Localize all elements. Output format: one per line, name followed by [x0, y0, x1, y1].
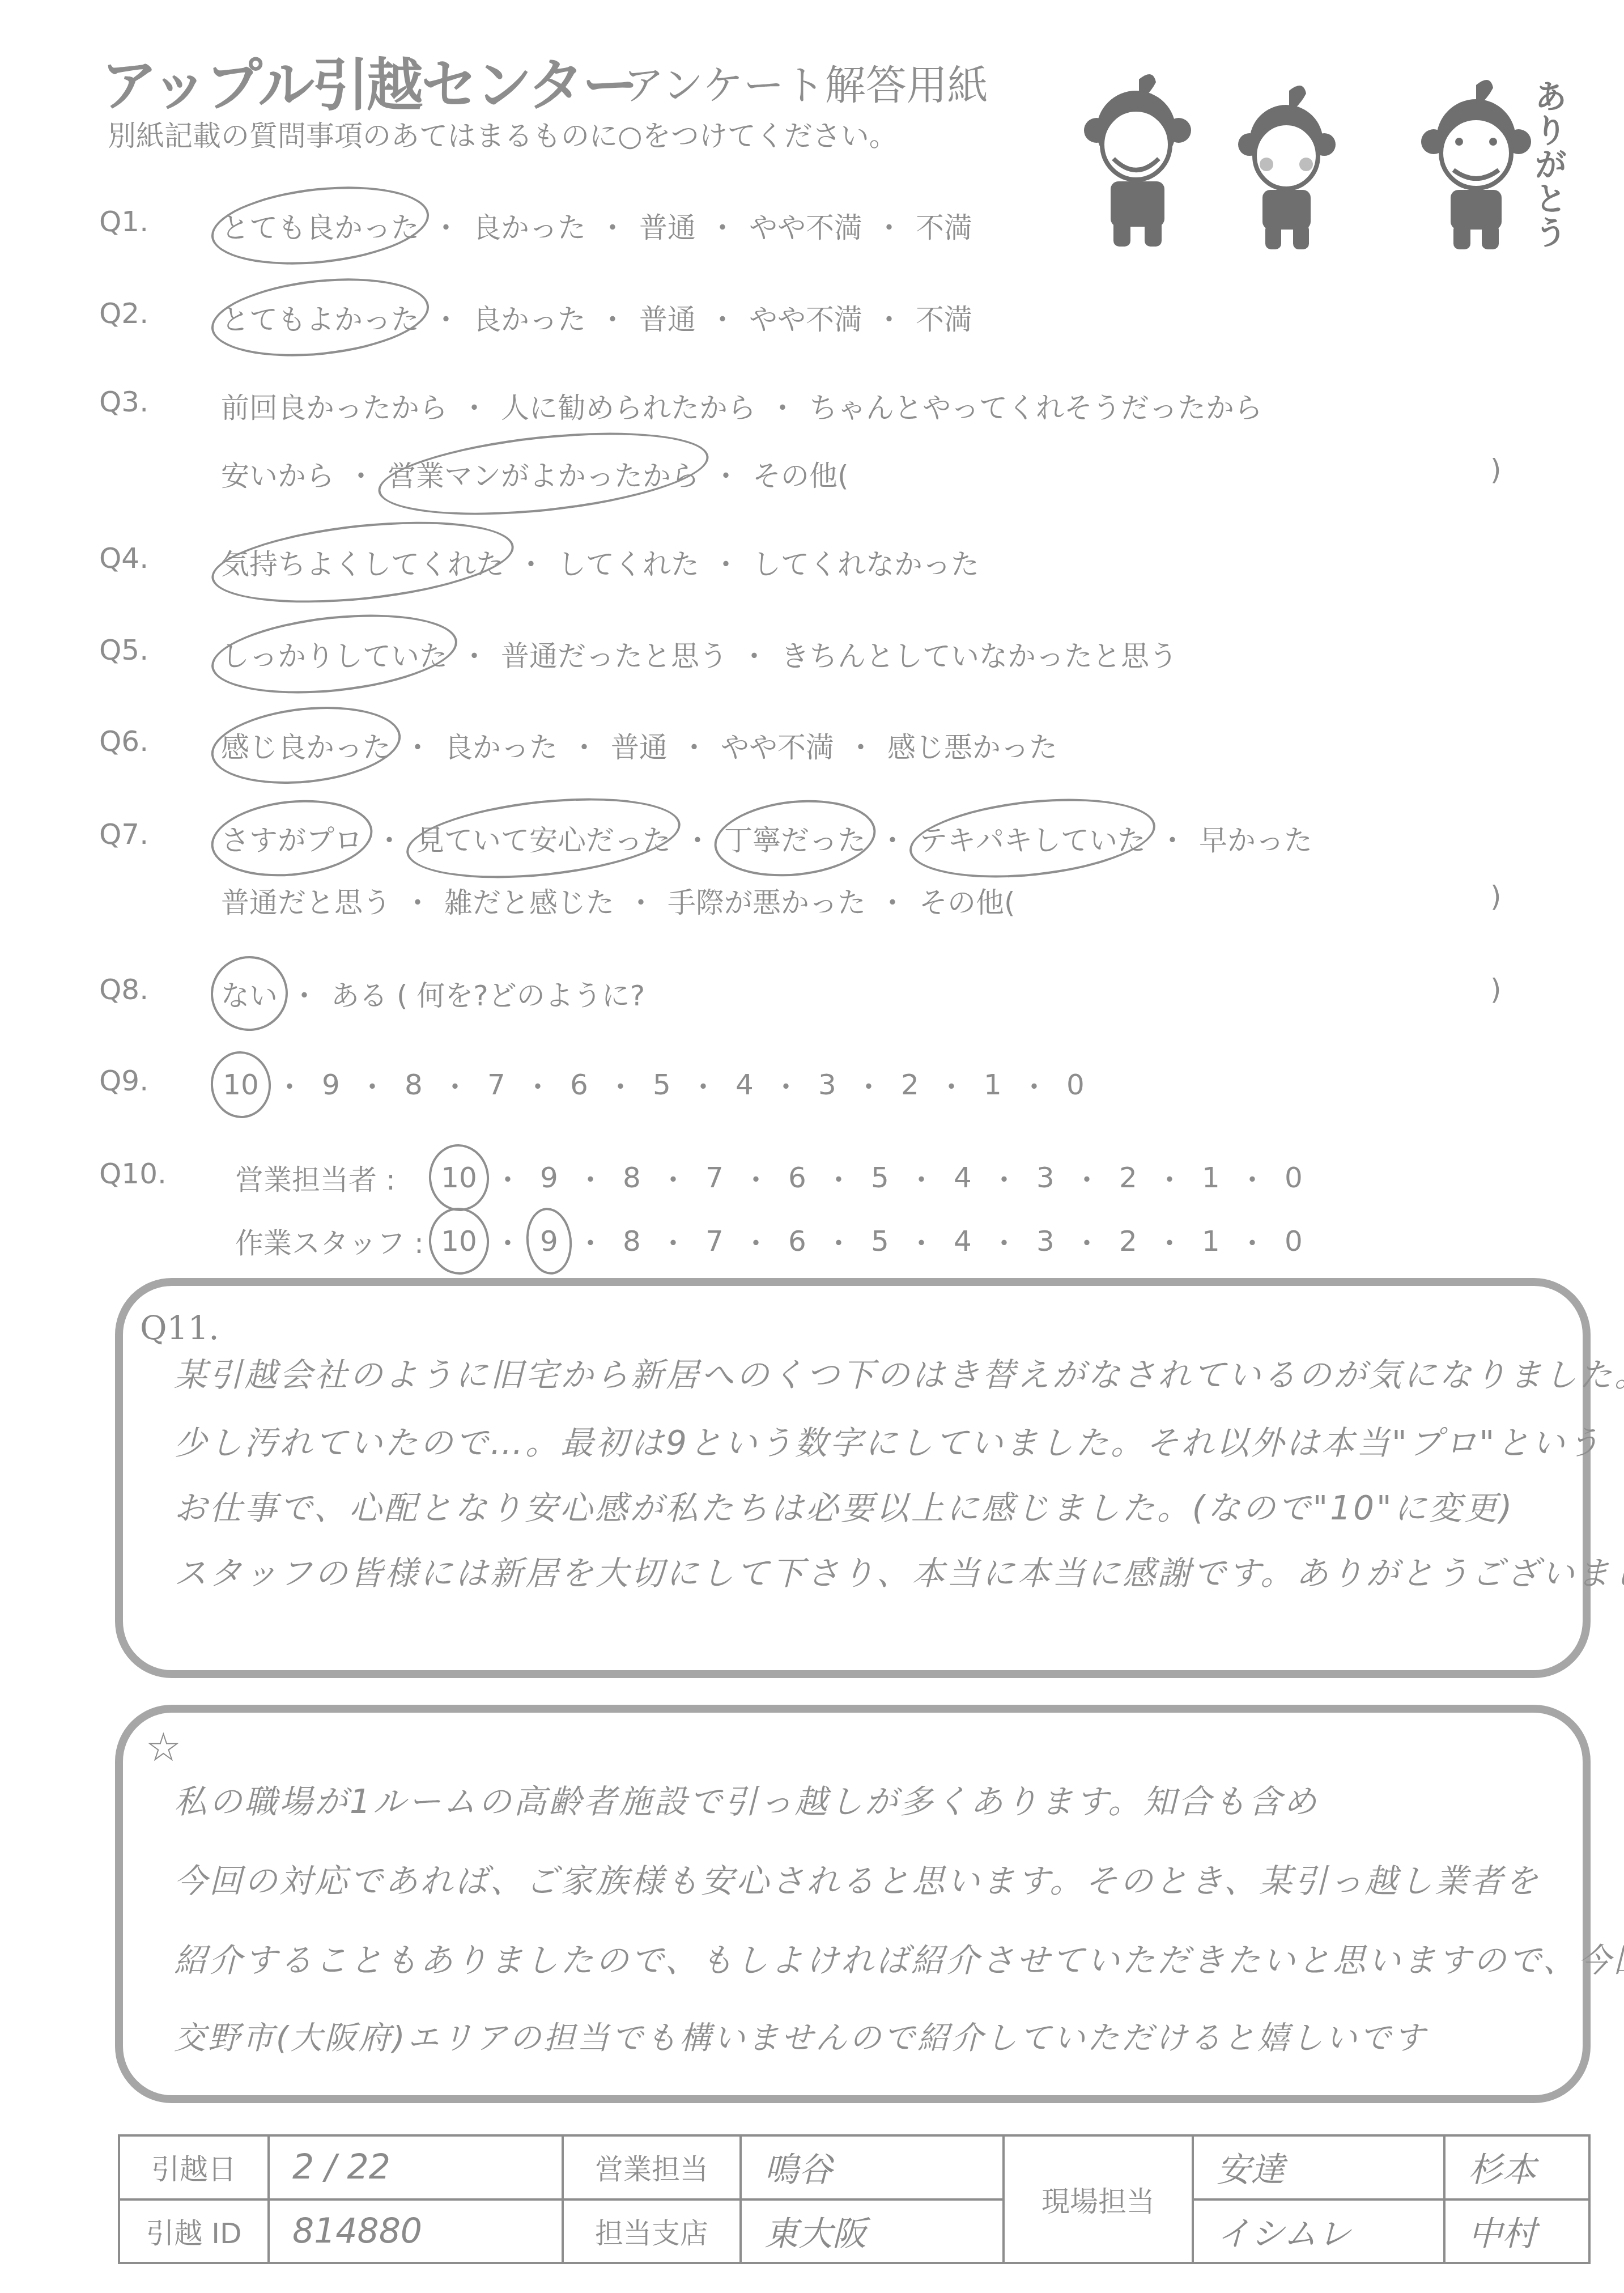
rating-option[interactable]: 8	[619, 1225, 644, 1258]
separator-dot: ・	[990, 1221, 1018, 1262]
rating-option[interactable]: 7	[702, 1225, 727, 1258]
answer-option[interactable]: 手際が悪かった	[668, 880, 866, 921]
separator-dot: ・	[824, 1221, 853, 1262]
answer-option[interactable]: 早かった	[1199, 818, 1312, 859]
separator-dot: ・	[712, 453, 740, 494]
rating-option[interactable]: 7	[702, 1161, 727, 1194]
separator-dot: ・	[1073, 1157, 1101, 1198]
answer-option[interactable]: 見ていて安心だった	[416, 818, 671, 859]
separator-dot: ・	[347, 453, 375, 494]
rating-option[interactable]: 9	[537, 1161, 562, 1194]
answer-option[interactable]: テキパキしていた	[919, 818, 1146, 859]
move-id-label: 引越 ID	[119, 2199, 269, 2264]
rating-option[interactable]: 7	[484, 1068, 509, 1101]
answer-option[interactable]: 普通だと思う	[221, 880, 391, 921]
separator-dot: ・	[659, 1221, 687, 1262]
site-staff-4: 中村	[1444, 2199, 1589, 2264]
rating-option[interactable]: 9	[537, 1225, 562, 1258]
scale-label: 営業担当者 :	[235, 1157, 428, 1198]
q11-line: 某引越会社のように旧宅から新居へのくつ下のはき替えがなされているのが気になりまし…	[174, 1348, 1624, 1396]
separator-dot: ・	[403, 725, 432, 766]
q4-label: Q4.	[99, 542, 148, 575]
separator-dot: ・	[875, 205, 903, 246]
rating-option[interactable]: 3	[1033, 1225, 1058, 1258]
star-icon: ☆	[146, 1724, 181, 1770]
separator-dot: ・	[1155, 1157, 1184, 1198]
separator-dot: ・	[768, 385, 797, 426]
q7-label: Q7.	[99, 818, 148, 851]
comment-line: 紹介することもありましたので、もしよければ紹介させていただきたいと思いますので、…	[174, 1934, 1624, 1981]
separator-dot: ・	[627, 880, 655, 921]
move-info-table: 引越日 2 / 22 営業担当 鳴谷 現場担当 安達 杉本 引越 ID 8148…	[118, 2134, 1591, 2264]
company-name: アップル引越センター	[101, 40, 636, 121]
answer-option[interactable]: 丁寧だった	[724, 818, 866, 859]
answer-option[interactable]: してくれなかった	[753, 542, 979, 583]
rating-option[interactable]: 5	[649, 1068, 674, 1101]
answer-option[interactable]: ある ( 何を?どのように?	[331, 973, 645, 1014]
separator-dot: ・	[1238, 1221, 1266, 1262]
rating-option[interactable]: 3	[815, 1068, 840, 1101]
comment-line: 私の職場が1ルームの高齢者施設で引っ越しが多くあります。知合も含め	[174, 1775, 1319, 1823]
answer-option[interactable]: 普通だったと思う	[501, 634, 728, 674]
separator-dot: ・	[937, 1064, 966, 1105]
rating-option[interactable]: 1	[980, 1068, 1005, 1101]
answer-option[interactable]: してくれた	[558, 542, 699, 583]
q10-label: Q10.	[99, 1157, 167, 1190]
separator-dot: ・	[990, 1157, 1018, 1198]
answer-option[interactable]: ない	[221, 973, 278, 1014]
separator-dot: ・	[375, 818, 403, 859]
answer-option[interactable]: 普通	[639, 205, 696, 246]
answer-option[interactable]: やや不満	[749, 205, 862, 246]
q1-label: Q1.	[99, 205, 148, 238]
mascot-caption: ありがとう	[1524, 79, 1572, 249]
answer-option[interactable]: 雑だと感じた	[444, 880, 614, 921]
separator-dot: ・	[494, 1157, 522, 1198]
rating-option[interactable]: 4	[950, 1225, 975, 1258]
question-row: 感じ良かった・良かった・普通・やや不満・感じ悪かった	[221, 725, 1057, 766]
move-id-value: 814880	[269, 2199, 563, 2264]
separator-dot: ・	[854, 1064, 883, 1105]
separator-dot: ・	[740, 634, 768, 674]
sales-value: 鳴谷	[741, 2135, 1004, 2199]
question-row: 前回良かったから・人に勧められたから・ちゃんとやってくれそうだったから	[221, 385, 1262, 426]
branch-label: 担当支店	[563, 2199, 741, 2264]
rating-option[interactable]: 4	[732, 1068, 757, 1101]
answer-option[interactable]: 良かった	[473, 297, 586, 338]
separator-dot: ・	[275, 1064, 304, 1105]
answer-option[interactable]: 気持ちよくしてくれた	[221, 542, 504, 583]
comment-line: 交野市(大阪府)エリアの担当でも構いませんので紹介していただけると嬉しいです	[174, 2013, 1427, 2058]
question-row: しっかりしていた・普通だったと思う・きちんとしていなかったと思う	[221, 634, 1177, 674]
q11-line: スタッフの皆様には新居を大切にして下さり、本当に本当に感謝です。ありがとうござい…	[174, 1547, 1624, 1594]
separator-dot: ・	[907, 1157, 936, 1198]
separator-dot: ・	[1020, 1064, 1048, 1105]
monkey-mascots-icon	[1048, 62, 1558, 249]
additional-comment-box: ☆ 私の職場が1ルームの高齢者施設で引っ越しが多くあります。知合も含め 今回の対…	[115, 1705, 1591, 2103]
rating-option[interactable]: 10	[439, 1161, 479, 1194]
separator-dot: ・	[290, 973, 318, 1014]
separator-dot: ・	[742, 1221, 770, 1262]
question-row: 普通だと思う・雑だと感じた・手際が悪かった・その他(	[221, 880, 1015, 921]
separator-dot: ・	[441, 1064, 469, 1105]
answer-option[interactable]: 普通	[639, 297, 696, 338]
q8-label: Q8.	[99, 973, 148, 1006]
rating-option[interactable]: 5	[868, 1225, 892, 1258]
answer-option[interactable]: 良かった	[473, 205, 586, 246]
rating-option[interactable]: 2	[1116, 1225, 1141, 1258]
answer-option[interactable]: やや不満	[721, 725, 834, 766]
separator-dot: ・	[708, 297, 737, 338]
question-row: 安いから・営業マンがよかったから・その他(	[221, 453, 849, 494]
separator-dot: ・	[606, 1064, 635, 1105]
answer-option[interactable]: ちゃんとやってくれそうだったから	[809, 385, 1262, 426]
rating-option[interactable]: 10	[221, 1068, 261, 1101]
separator-dot: ・	[1238, 1157, 1266, 1198]
question-row: 営業担当者 :10・9・8・7・6・5・4・3・2・1・0	[235, 1157, 1306, 1198]
separator-dot: ・	[689, 1064, 717, 1105]
question-row: とてもよかった・良かった・普通・やや不満・不満	[221, 297, 972, 338]
rating-option[interactable]: 9	[318, 1068, 343, 1101]
rating-option[interactable]: 8	[401, 1068, 426, 1101]
close-paren: )	[1490, 453, 1502, 486]
separator-dot: ・	[847, 725, 875, 766]
close-paren: )	[1490, 973, 1502, 1006]
move-date-label: 引越日	[119, 2135, 269, 2199]
rating-option[interactable]: 0	[1281, 1225, 1306, 1258]
form-title: アンケート解答用紙	[623, 52, 988, 111]
separator-dot: ・	[358, 1064, 386, 1105]
q11-line: 少し汚れていたので…。最初は9という数字にしていました。それ以外は本当"プロ"と…	[174, 1416, 1602, 1464]
rating-option[interactable]: 1	[1198, 1225, 1223, 1258]
q9-label: Q9.	[99, 1064, 148, 1097]
separator-dot: ・	[432, 297, 460, 338]
separator-dot: ・	[432, 205, 460, 246]
separator-dot: ・	[517, 542, 545, 583]
separator-dot: ・	[1073, 1221, 1101, 1262]
q5-label: Q5.	[99, 634, 148, 666]
answer-option[interactable]: 普通	[611, 725, 668, 766]
site-staff-1: 安達	[1193, 2135, 1444, 2199]
q3-label: Q3.	[99, 385, 148, 418]
rating-option[interactable]: 2	[898, 1068, 922, 1101]
question-row: 気持ちよくしてくれた・してくれた・してくれなかった	[221, 542, 979, 583]
separator-dot: ・	[403, 880, 432, 921]
answer-option[interactable]: しっかりしていた	[221, 634, 448, 674]
q6-label: Q6.	[99, 725, 148, 758]
answer-option[interactable]: 感じ悪かった	[887, 725, 1057, 766]
answer-option[interactable]: その他(	[753, 453, 849, 494]
answer-option[interactable]: とてもよかった	[221, 297, 419, 338]
separator-dot: ・	[524, 1064, 552, 1105]
separator-dot: ・	[875, 297, 903, 338]
answer-option[interactable]: 良かった	[444, 725, 558, 766]
q11-comment-box: Q11. 某引越会社のように旧宅から新居へのくつ下のはき替えがなされているのが気…	[115, 1278, 1591, 1678]
separator-dot: ・	[460, 385, 488, 426]
rating-option[interactable]: 1	[1198, 1161, 1223, 1194]
rating-option[interactable]: 6	[567, 1068, 592, 1101]
separator-dot: ・	[598, 297, 627, 338]
answer-option[interactable]: 前回良かったから	[221, 385, 448, 426]
answer-option[interactable]: 安いから	[221, 453, 334, 494]
rating-option[interactable]: 6	[785, 1161, 810, 1194]
separator-dot: ・	[824, 1157, 853, 1198]
rating-option[interactable]: 3	[1033, 1161, 1058, 1194]
question-row: 作業スタッフ :10・9・8・7・6・5・4・3・2・1・0	[235, 1221, 1306, 1262]
site-staff-label: 現場担当	[1004, 2135, 1193, 2263]
separator-dot: ・	[1155, 1221, 1184, 1262]
answer-option[interactable]: その他(	[919, 880, 1015, 921]
separator-dot: ・	[460, 634, 488, 674]
rating-option[interactable]: 10	[439, 1225, 479, 1258]
separator-dot: ・	[878, 880, 907, 921]
separator-dot: ・	[659, 1157, 687, 1198]
site-staff-3: イシムレ	[1193, 2199, 1444, 2264]
separator-dot: ・	[708, 205, 737, 246]
answer-option[interactable]: 不満	[916, 297, 972, 338]
scale-label: 作業スタッフ :	[235, 1221, 428, 1262]
q11-line: お仕事で、心配となり安心感が私たちは必要以上に感じました。(なので"10"に変更…	[174, 1481, 1514, 1529]
rating-option[interactable]: 2	[1116, 1161, 1141, 1194]
sales-label: 営業担当	[563, 2135, 741, 2199]
separator-dot: ・	[1158, 818, 1187, 859]
close-paren: )	[1490, 880, 1502, 913]
answer-option[interactable]: 感じ良かった	[221, 725, 391, 766]
question-row: とても良かった・良かった・普通・やや不満・不満	[221, 205, 972, 246]
separator-dot: ・	[712, 542, 740, 583]
separator-dot: ・	[772, 1064, 800, 1105]
answer-option[interactable]: 人に勧められたから	[501, 385, 756, 426]
separator-dot: ・	[576, 1221, 605, 1262]
answer-option[interactable]: さすがプロ	[221, 818, 363, 859]
rating-option[interactable]: 4	[950, 1161, 975, 1194]
answer-option[interactable]: 不満	[916, 205, 972, 246]
answer-option[interactable]: きちんとしていなかったと思う	[781, 634, 1177, 674]
rating-option[interactable]: 5	[868, 1161, 892, 1194]
separator-dot: ・	[576, 1157, 605, 1198]
rating-option[interactable]: 0	[1063, 1068, 1088, 1101]
rating-option[interactable]: 0	[1281, 1161, 1306, 1194]
answer-option[interactable]: とても良かった	[221, 205, 419, 246]
question-row: さすがプロ・見ていて安心だった・丁寧だった・テキパキしていた・早かった	[221, 818, 1312, 859]
q2-label: Q2.	[99, 297, 148, 330]
rating-option[interactable]: 6	[785, 1225, 810, 1258]
question-row: 10・9・8・7・6・5・4・3・2・1・0	[221, 1064, 1088, 1105]
separator-dot: ・	[683, 818, 712, 859]
separator-dot: ・	[907, 1221, 936, 1262]
site-staff-2: 杉本	[1444, 2135, 1589, 2199]
separator-dot: ・	[494, 1221, 522, 1262]
answer-option[interactable]: やや不満	[749, 297, 862, 338]
separator-dot: ・	[570, 725, 598, 766]
separator-dot: ・	[742, 1157, 770, 1198]
branch-value: 東大阪	[741, 2199, 1004, 2264]
rating-option[interactable]: 8	[619, 1161, 644, 1194]
separator-dot: ・	[598, 205, 627, 246]
question-row: ない・ある ( 何を?どのように?	[221, 973, 645, 1014]
separator-dot: ・	[878, 818, 907, 859]
move-date-value: 2 / 22	[269, 2135, 563, 2199]
instruction-text: 別紙記載の質問事項のあてはまるものに○をつけてください。	[108, 113, 898, 154]
separator-dot: ・	[680, 725, 708, 766]
answer-option[interactable]: 営業マンがよかったから	[388, 453, 699, 494]
comment-line: 今回の対応であれば、ご家族様も安心されると思います。そのとき、某引っ越し業者を	[174, 1854, 1540, 1902]
q11-label: Q11.	[140, 1309, 219, 1347]
